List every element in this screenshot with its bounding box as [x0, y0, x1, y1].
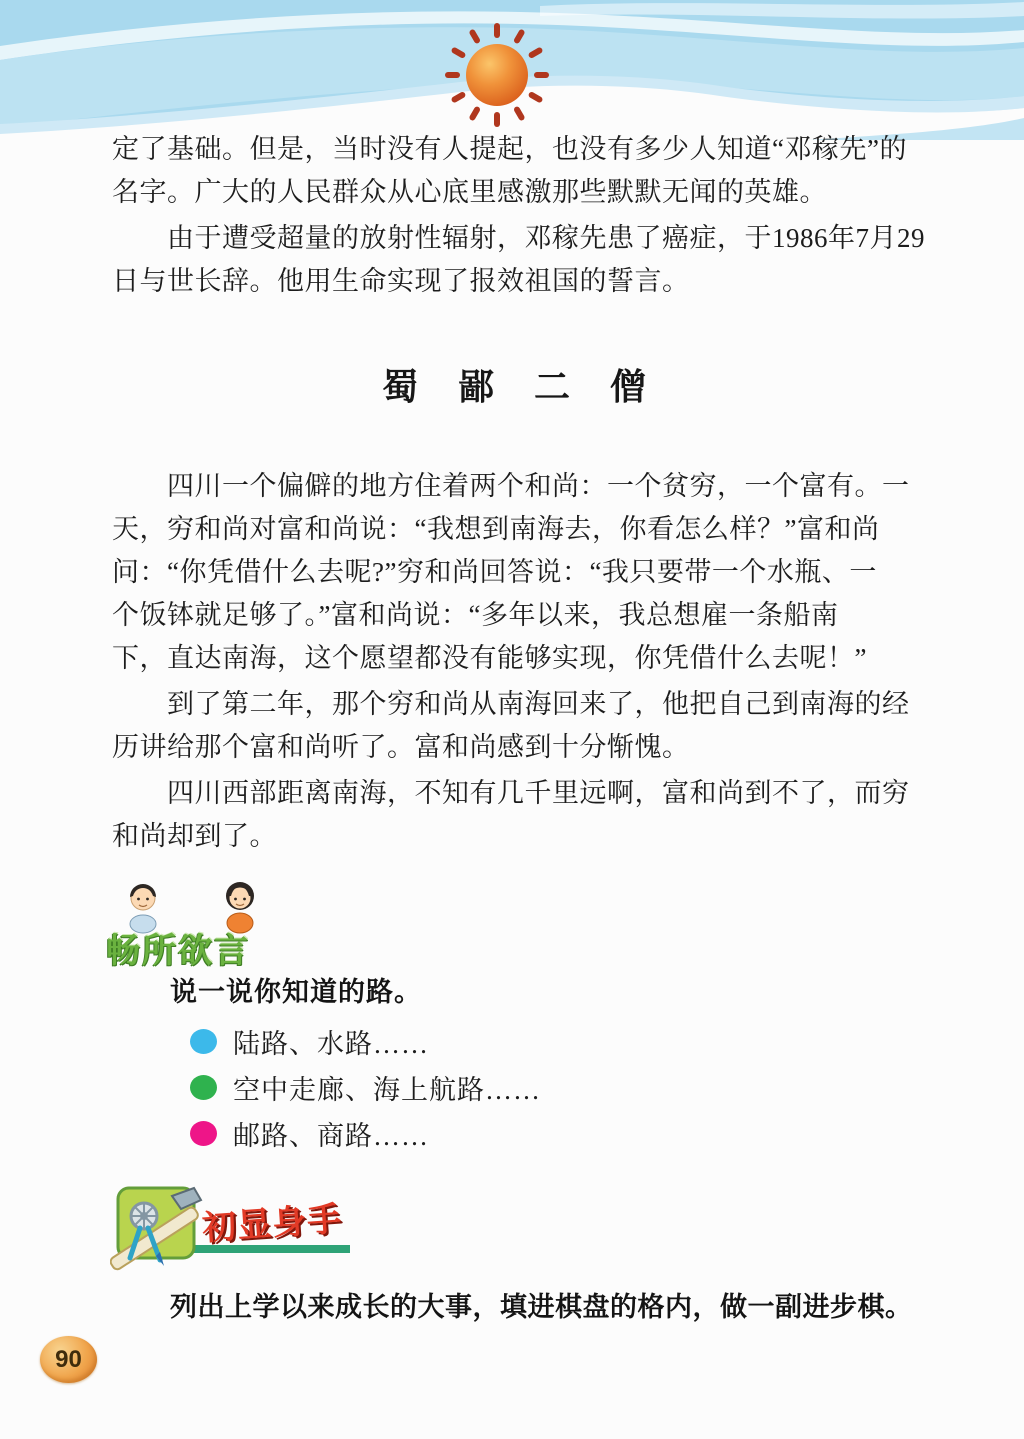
bullet-dot-icon — [190, 1029, 217, 1054]
text-line: 日与世长辞。他用生命实现了报效祖国的誓言。 — [112, 260, 918, 303]
bullet-label: 陆路、水路…… — [233, 1022, 429, 1061]
activity-prompt: 列出上学以来成长的大事，填进棋盘的格内，做一副进步棋。 — [170, 1285, 913, 1324]
page-number: 90 — [55, 1346, 82, 1374]
list-item: 邮路、商路…… — [190, 1110, 541, 1156]
main-text-column: 定了基础。但是，当时没有人提起，也没有多少人知道“邓稼先”的名字。广大的人民群众… — [112, 128, 918, 858]
story-paragraph-1: 四川一个偏僻的地方住着两个和尚：一个贫穷，一个富有。一天，穷和尚对富和尚说：“我… — [112, 465, 918, 680]
route-list: 陆路、水路…… 空中走廊、海上航路…… 邮路、商路…… — [190, 1018, 541, 1156]
bullet-dot-icon — [190, 1121, 217, 1146]
discussion-section-logo: 畅所欲言 — [106, 884, 306, 976]
story-paragraph-3: 四川西部距离南海，不知有几千里远啊，富和尚到不了，而穷和尚却到了。 — [112, 772, 918, 858]
text-line: 历讲给那个富和尚听了。富和尚感到十分惭愧。 — [112, 726, 918, 769]
bullet-label: 邮路、商路…… — [233, 1114, 429, 1153]
list-item: 空中走廊、海上航路…… — [190, 1064, 541, 1110]
activity-logo-label: 初显身手 — [200, 1191, 343, 1250]
textbook-page: 定了基础。但是，当时没有人提起，也没有多少人知道“邓稼先”的名字。广大的人民群众… — [0, 0, 1024, 1439]
boy-character-icon — [122, 878, 164, 934]
compass-hammer-icon — [110, 1176, 210, 1272]
text-line: 个饭钵就足够了。”富和尚说：“多年以来，我总想雇一条船南 — [112, 594, 918, 637]
activity-section-logo: 初显身手 — [110, 1176, 490, 1276]
text-line: 天，穷和尚对富和尚说：“我想到南海去，你看怎么样？”富和尚 — [112, 508, 918, 551]
list-item: 陆路、水路…… — [190, 1018, 541, 1064]
girl-character-icon — [218, 874, 262, 934]
story-title: 蜀 鄙 二 僧 — [112, 359, 918, 410]
page-number-badge: 90 — [40, 1336, 97, 1383]
text-line: 和尚却到了。 — [112, 815, 918, 858]
text-line: 问：“你凭借什么去呢?”穷和尚回答说：“我只要带一个水瓶、一 — [112, 551, 918, 594]
text-line: 定了基础。但是，当时没有人提起，也没有多少人知道“邓稼先”的 — [112, 128, 918, 171]
intro-paragraph-1: 定了基础。但是，当时没有人提起，也没有多少人知道“邓稼先”的名字。广大的人民群众… — [112, 128, 918, 214]
text-line: 下，直达南海，这个愿望都没有能够实现，你凭借什么去呢！” — [112, 637, 918, 680]
text-line: 四川西部距离南海，不知有几千里远啊，富和尚到不了，而穷 — [112, 772, 918, 815]
intro-paragraph-2: 由于遭受超量的放射性辐射，邓稼先患了癌症，于1986年7月29日与世长辞。他用生… — [112, 217, 918, 303]
text-line: 四川一个偏僻的地方住着两个和尚：一个贫穷，一个富有。一 — [112, 465, 918, 508]
text-line: 名字。广大的人民群众从心底里感激那些默默无闻的英雄。 — [112, 171, 918, 214]
text-line: 由于遭受超量的放射性辐射，邓稼先患了癌症，于1986年7月29 — [112, 217, 918, 260]
discussion-prompt: 说一说你知道的路。 — [170, 970, 422, 1009]
text-line: 到了第二年，那个穷和尚从南海回来了，他把自己到南海的经 — [112, 683, 918, 726]
bullet-dot-icon — [190, 1075, 217, 1100]
bullet-label: 空中走廊、海上航路…… — [233, 1068, 541, 1107]
story-paragraph-2: 到了第二年，那个穷和尚从南海回来了，他把自己到南海的经历讲给那个富和尚听了。富和… — [112, 683, 918, 769]
sun-icon — [437, 15, 557, 135]
